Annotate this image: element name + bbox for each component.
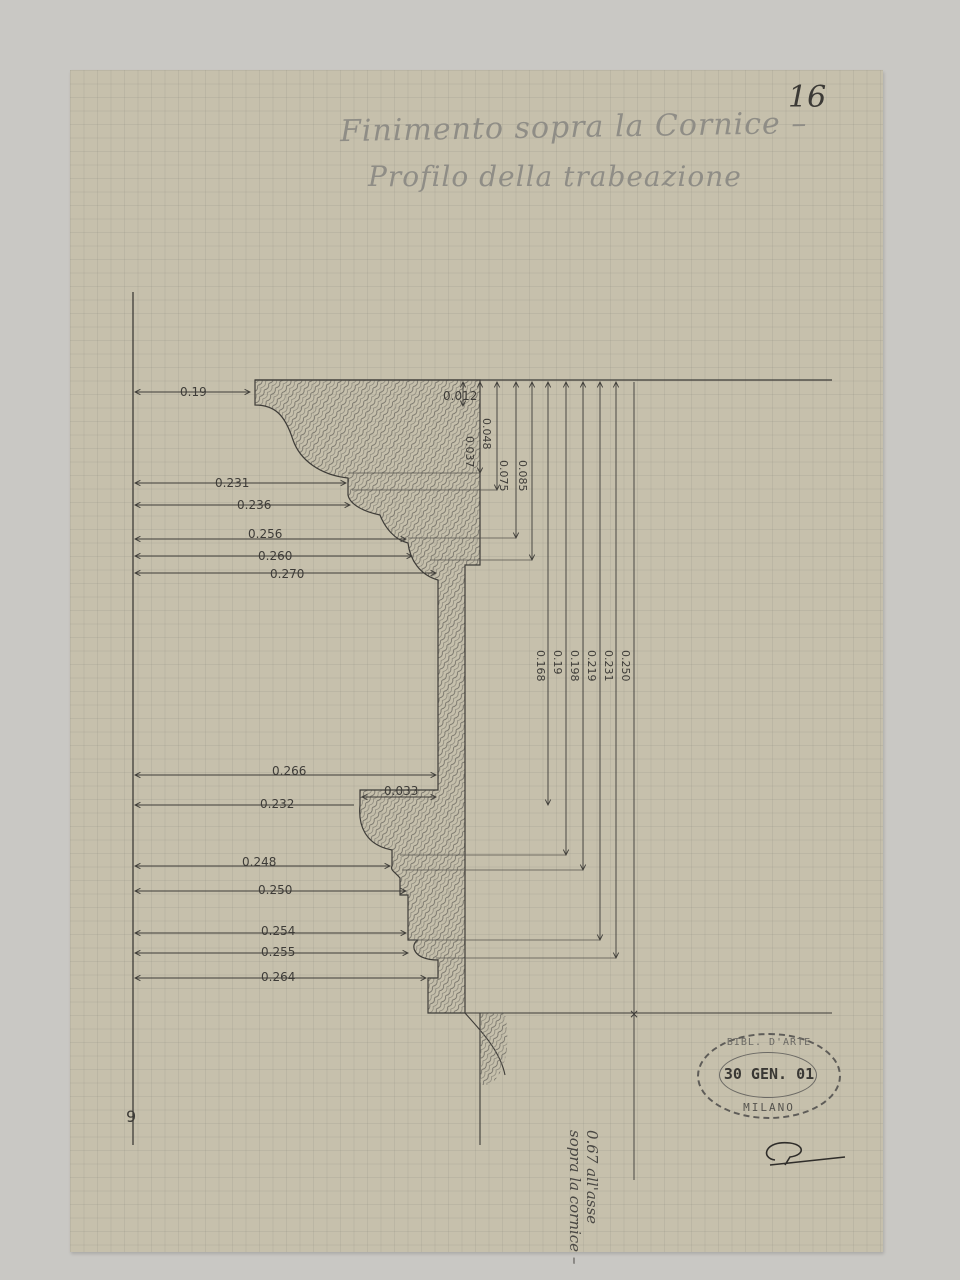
svg-text:0.198: 0.198 — [568, 650, 581, 682]
svg-text:0.085: 0.085 — [516, 460, 529, 492]
axis-marker: 9 — [126, 1107, 136, 1126]
svg-text:0.255: 0.255 — [261, 945, 295, 959]
svg-text:0.236: 0.236 — [237, 498, 271, 512]
svg-text:0.19: 0.19 — [180, 385, 207, 399]
svg-text:0.033: 0.033 — [384, 784, 418, 798]
svg-text:0.231: 0.231 — [602, 650, 615, 682]
svg-text:0.266: 0.266 — [272, 764, 306, 778]
extension-lines — [348, 473, 616, 958]
svg-text:0.232: 0.232 — [260, 797, 294, 811]
side-note-line-2: sopra la cornice – — [566, 1130, 583, 1264]
svg-text:0.219: 0.219 — [585, 650, 598, 682]
svg-text:0.250: 0.250 — [258, 883, 292, 897]
svg-text:0.037: 0.037 — [463, 436, 476, 468]
svg-text:0.254: 0.254 — [261, 924, 295, 938]
svg-text:0.168: 0.168 — [534, 650, 547, 682]
svg-text:0.260: 0.260 — [258, 549, 292, 563]
side-note: 0.67 all'asse sopra la cornice – — [566, 1130, 600, 1264]
side-note-line-1: 0.67 all'asse — [583, 1130, 600, 1264]
molding-profile — [255, 380, 480, 1013]
svg-text:0.075: 0.075 — [497, 460, 510, 492]
stamp-bottom-text: MILANO — [699, 1101, 839, 1114]
svg-text:0.250: 0.250 — [619, 650, 632, 682]
vertical-dimension-labels: 0.037 0.048 0.075 0.085 0.168 0.19 0.198… — [463, 418, 632, 682]
svg-text:0.231: 0.231 — [215, 476, 249, 490]
svg-text:0.264: 0.264 — [261, 970, 295, 984]
cross-marker: × — [629, 1007, 639, 1021]
signature-mark — [767, 1143, 845, 1165]
svg-text:0.256: 0.256 — [248, 527, 282, 541]
svg-text:0.270: 0.270 — [270, 567, 304, 581]
stamp-date: 30 GEN. 01 — [699, 1065, 839, 1083]
stamp-top-text: BIBL. D'ARTE — [699, 1037, 839, 1048]
svg-text:0.012: 0.012 — [443, 389, 477, 403]
svg-text:0.19: 0.19 — [551, 650, 564, 675]
library-stamp: BIBL. D'ARTE 30 GEN. 01 MILANO — [697, 1033, 841, 1119]
svg-text:0.048: 0.048 — [480, 418, 493, 450]
svg-text:0.248: 0.248 — [242, 855, 276, 869]
